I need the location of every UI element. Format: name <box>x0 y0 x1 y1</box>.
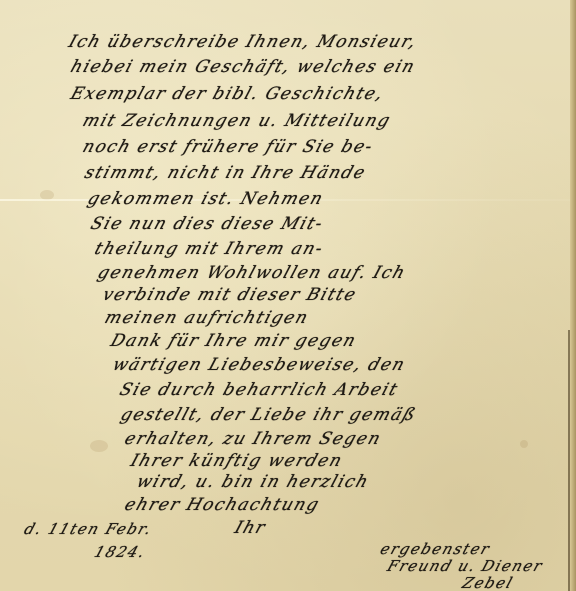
letter-line: gekommen ist. Nehmen <box>85 189 326 209</box>
letter-line: wärtigen Liebesbeweise, den <box>110 355 408 375</box>
letter-line: ehrer Hochachtung <box>122 495 322 515</box>
letter-line: verbinde mit dieser Bitte <box>100 285 360 305</box>
date-year: 1824. <box>92 543 148 561</box>
paper-edge <box>570 0 576 591</box>
letter-line: meinen aufrichtigen <box>102 308 312 328</box>
paper-stain <box>520 440 528 448</box>
letter-line: theilung mit Ihrem an- <box>92 239 326 259</box>
letter-line: gestellt, der Liebe ihr gemäß <box>118 405 419 425</box>
letter-line: Ich überschreibe Ihnen, Monsieur, <box>66 32 420 52</box>
letter-line: erhalten, zu Ihrem Segen <box>122 429 384 449</box>
closing-line: Freund u. Diener <box>385 557 546 575</box>
closing-salutation: Ihr <box>232 518 269 538</box>
letter-line: noch erst frühere für Sie be- <box>80 137 376 157</box>
letter-line: Sie durch beharrlich Arbeit <box>117 380 401 400</box>
letter-line: Sie nun dies diese Mit- <box>88 214 326 234</box>
paper-stain <box>90 440 108 452</box>
signature: Zebel <box>460 574 516 591</box>
letter-line: mit Zeichnungen u. Mitteilung <box>80 111 394 131</box>
letter-line: Ihrer künftig werden <box>128 451 346 471</box>
paper-edge-shadow <box>568 330 570 591</box>
letter-line: wird, u. bin in herzlich <box>134 472 372 492</box>
closing-line: ergebenster <box>378 540 493 558</box>
letter-line: Dank für Ihre mir gegen <box>108 331 359 351</box>
date-day-month: d. 11ten Febr. <box>22 520 155 538</box>
letter-line: Exemplar der bibl. Geschichte, <box>68 84 387 104</box>
letter-line: stimmt, nicht in Ihre Hände <box>82 163 369 183</box>
letter-line: hiebei mein Geschäft, welches ein <box>68 57 418 77</box>
letter-line: genehmen Wohlwollen auf. Ich <box>95 263 409 283</box>
